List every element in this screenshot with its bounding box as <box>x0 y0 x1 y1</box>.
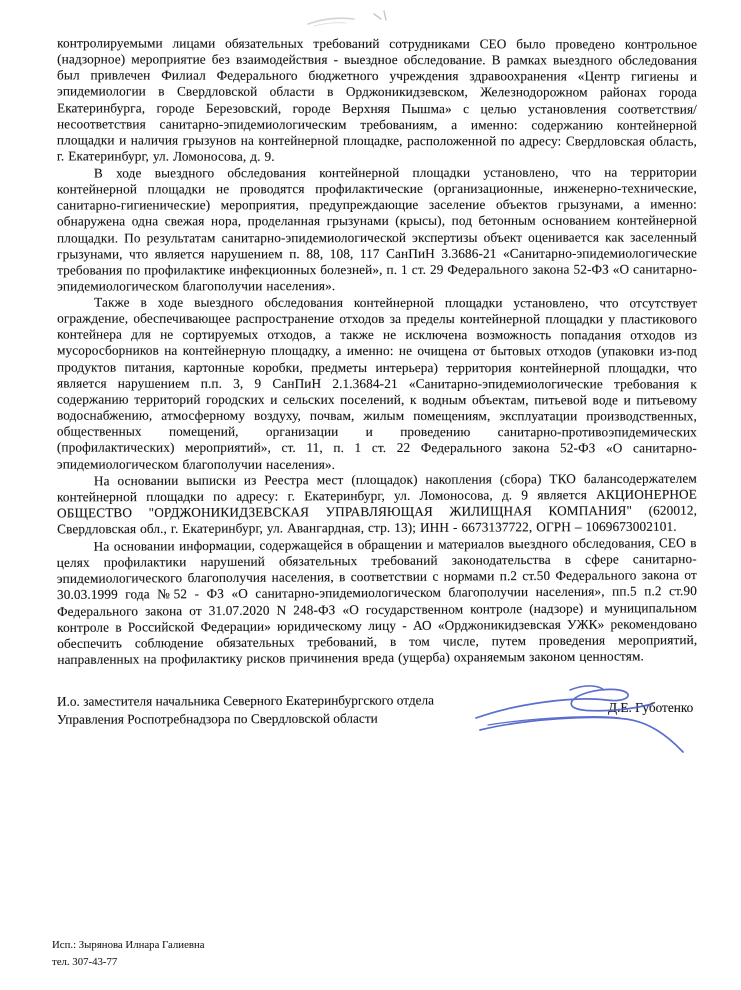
paragraph: На основании информации, содержащейся в … <box>57 535 698 668</box>
paragraph: Также в ходе выездного обследования конт… <box>57 294 697 473</box>
paragraph: На основании выписки из Реестра мест (пл… <box>57 471 697 538</box>
document-page: контролируемыми лицами обязательных треб… <box>0 0 741 990</box>
signatory-position-line-1: И.о. заместителя начальника Северного Ек… <box>57 691 497 710</box>
executor-footer: Исп.: Зырянова Илнара Галиевна тел. 307-… <box>52 937 205 970</box>
paragraph: В ходе выездного обследования контейнерн… <box>57 165 697 295</box>
scan-smudge-artifact <box>300 4 420 32</box>
executor-phone: тел. 307-43-77 <box>52 954 205 971</box>
signature-ink <box>470 680 685 760</box>
executor-name: Исп.: Зырянова Илнара Галиевна <box>52 937 205 954</box>
paragraph: контролируемыми лицами обязательных треб… <box>57 35 697 166</box>
document-body: контролируемыми лицами обязательных треб… <box>57 36 697 666</box>
signatory-position-line-2: Управления Роспотребнадзора по Свердловс… <box>57 709 497 728</box>
signatory-position: И.о. заместителя начальника Северного Ек… <box>57 691 497 728</box>
